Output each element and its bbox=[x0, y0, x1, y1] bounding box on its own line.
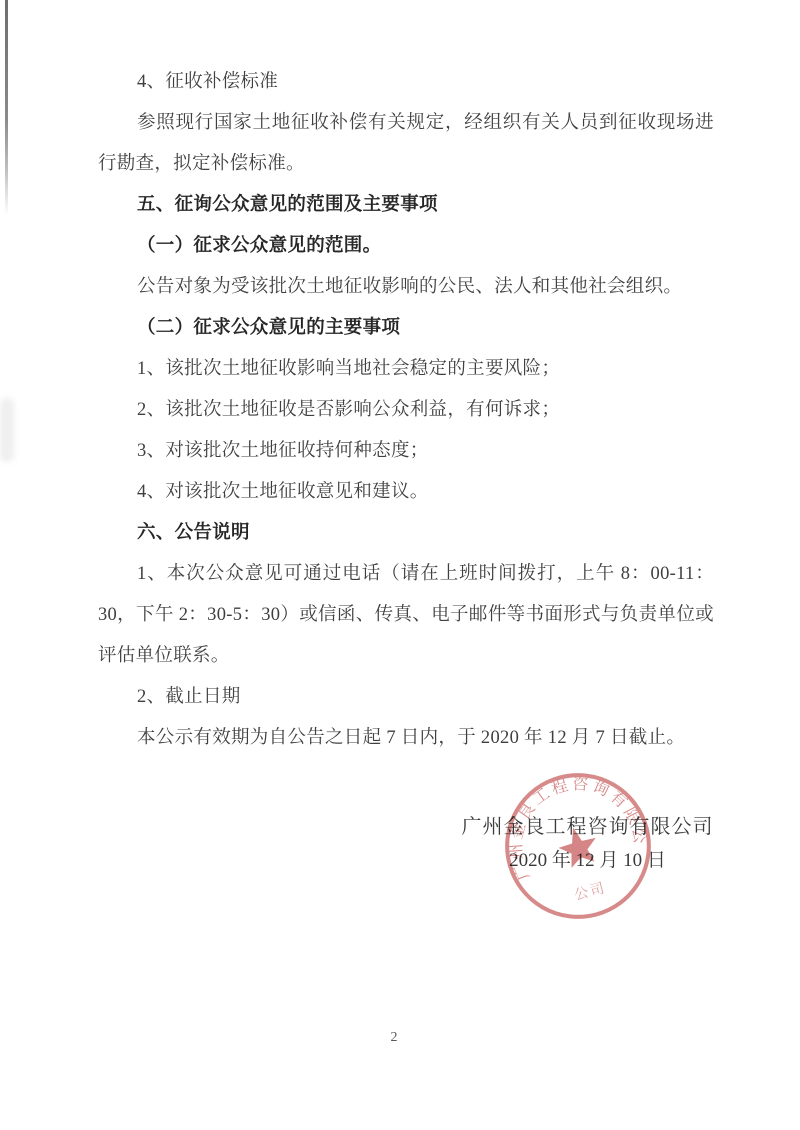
paragraph: 公告对象为受该批次土地征收影响的公民、法人和其他社会组织。 bbox=[98, 267, 714, 308]
paragraph: 参照现行国家土地征收补偿有关规定，经组织有关人员到征收现场进行勘查，拟定补偿标准… bbox=[98, 103, 714, 185]
list-item: 4、征收补偿标准 bbox=[98, 62, 714, 103]
paragraph: 1、本次公众意见可通过电话（请在上班时间拨打，上午 8：00-11：30，下午 … bbox=[98, 554, 714, 677]
scan-artifact-line bbox=[5, 0, 8, 215]
seal-ring-text: 广州金良工程咨询有限公司 bbox=[492, 760, 652, 890]
subsection-heading: （二）征求公众意见的主要事项 bbox=[98, 308, 714, 349]
document-body: 4、征收补偿标准 参照现行国家土地征收补偿有关规定，经组织有关人员到征收现场进行… bbox=[98, 62, 714, 759]
subsection-heading: （一）征求公众意见的范围。 bbox=[98, 226, 714, 267]
paragraph: 本公示有效期为自公告之日起 7 日内，于 2020 年 12 月 7 日截止。 bbox=[98, 718, 714, 759]
page-number: 2 bbox=[0, 1030, 788, 1046]
list-item: 2、该批次土地征收是否影响公众利益，有何诉求； bbox=[98, 390, 714, 431]
section-heading: 五、征询公众意见的范围及主要事项 bbox=[98, 185, 714, 226]
list-item: 3、对该批次土地征收持何种态度； bbox=[98, 431, 714, 472]
list-item: 1、该批次土地征收影响当地社会稳定的主要风险； bbox=[98, 349, 714, 390]
list-item: 2、截止日期 bbox=[98, 677, 714, 718]
scan-artifact-smudge bbox=[0, 398, 14, 462]
section-heading: 六、公告说明 bbox=[98, 513, 714, 554]
seal-star-icon bbox=[554, 822, 601, 869]
list-item: 4、对该批次土地征收意见和建议。 bbox=[98, 472, 714, 513]
company-seal-stamp-icon: 广州金良工程咨询有限公司 公司 bbox=[492, 760, 664, 932]
seal-bottom-text: 公司 bbox=[573, 880, 608, 904]
